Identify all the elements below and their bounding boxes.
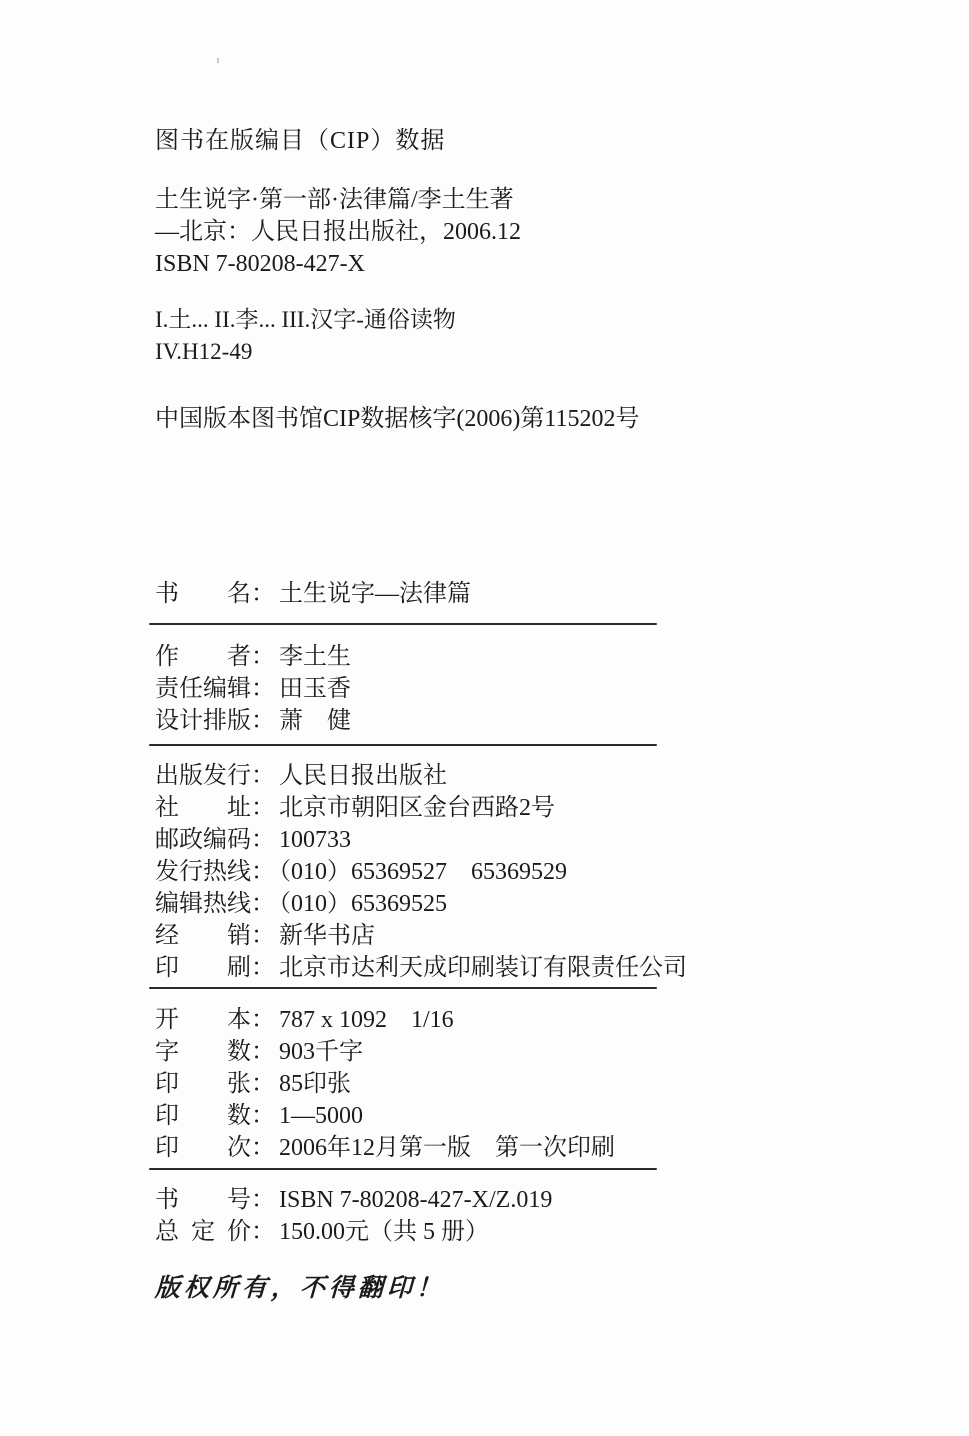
colophon-row: 邮政编码：100733 xyxy=(155,824,687,856)
colophon-row: 设计排版：萧 健 xyxy=(155,705,351,737)
field-value: 85印张 xyxy=(279,1071,351,1097)
cip-entry-block: 土生说字·第一部·法律篇/李土生著 —北京：人民日报出版社，2006.12 IS… xyxy=(155,184,521,280)
field-label: 责任编辑 xyxy=(155,673,251,705)
field-label: 编辑热线 xyxy=(155,888,251,920)
field-value: （010）65369527 65369529 xyxy=(279,859,567,885)
cip-classification-block: I.土... II.李... III.汉字-通俗读物 IV.H12-49 xyxy=(155,304,456,368)
cip-entry-line-title: 土生说字·第一部·法律篇/李土生著 xyxy=(155,184,521,216)
field-value: 903千字 xyxy=(279,1039,363,1065)
colophon-section-title: 书名：土生说字—法律篇 xyxy=(155,578,471,610)
colophon-row: 出版发行：人民日报出版社 xyxy=(155,760,687,792)
colon-separator: ： xyxy=(251,827,275,853)
colophon-row: 印次：2006年12月第一版 第一次印刷 xyxy=(155,1132,615,1164)
field-value: 萧 健 xyxy=(279,708,351,734)
field-value: 北京市达利天成印刷装订有限责任公司 xyxy=(279,955,687,981)
field-value: 2006年12月第一版 第一次印刷 xyxy=(279,1135,615,1161)
field-value: 1—5000 xyxy=(279,1103,363,1129)
colophon-section-credits: 作者：李土生 责任编辑：田玉香 设计排版：萧 健 xyxy=(155,641,351,737)
field-label: 书名 xyxy=(155,578,251,610)
colophon-row: 编辑热线：（010）65369525 xyxy=(155,888,687,920)
field-label: 出版发行 xyxy=(155,760,251,792)
field-label: 总定价 xyxy=(155,1216,251,1248)
field-label: 作者 xyxy=(155,641,251,673)
colophon-row: 印数：1—5000 xyxy=(155,1100,615,1132)
horizontal-rule xyxy=(149,987,657,989)
field-label: 印张 xyxy=(155,1068,251,1100)
field-value: 人民日报出版社 xyxy=(279,763,447,789)
field-label: 开本 xyxy=(155,1004,251,1036)
colon-separator: ： xyxy=(251,1103,275,1129)
colophon-row: 书名：土生说字—法律篇 xyxy=(155,578,471,610)
cip-entry-line-isbn: ISBN 7-80208-427-X xyxy=(155,248,521,280)
field-value: 北京市朝阳区金台西路2号 xyxy=(279,795,555,821)
field-label: 字数 xyxy=(155,1036,251,1068)
horizontal-rule xyxy=(149,623,657,625)
colon-separator: ： xyxy=(251,1219,275,1245)
field-label: 社址 xyxy=(155,792,251,824)
colon-separator: ： xyxy=(251,644,275,670)
book-copyright-page: 图书在版编目（CIP）数据 土生说字·第一部·法律篇/李土生著 —北京：人民日报… xyxy=(0,0,969,1436)
field-value: 土生说字—法律篇 xyxy=(279,581,471,607)
colophon-row: 印刷：北京市达利天成印刷装订有限责任公司 xyxy=(155,952,687,984)
colon-separator: ： xyxy=(251,1071,275,1097)
colophon-row: 印张：85印张 xyxy=(155,1068,615,1100)
colon-separator: ： xyxy=(251,1039,275,1065)
colophon-row: 字数：903千字 xyxy=(155,1036,615,1068)
field-label: 邮政编码 xyxy=(155,824,251,856)
cip-record-number: 中国版本图书馆CIP数据核字(2006)第115202号 xyxy=(155,398,639,433)
colon-separator: ： xyxy=(251,1187,275,1213)
cip-data-header: 图书在版编目（CIP）数据 xyxy=(155,120,445,155)
colon-separator: ： xyxy=(251,891,275,917)
field-label: 印刷 xyxy=(155,952,251,984)
field-label: 经销 xyxy=(155,920,251,952)
colon-separator: ： xyxy=(251,763,275,789)
copyright-notice: 版权所有，不得翻印！ xyxy=(154,1268,445,1304)
field-value: 田玉香 xyxy=(279,676,351,702)
colon-separator: ： xyxy=(251,708,275,734)
field-label: 发行热线 xyxy=(155,856,251,888)
colophon-section-printing: 开本：787 x 1092 1/16 字数：903千字 印张：85印张 印数：1… xyxy=(155,1004,615,1164)
classification-line: I.土... II.李... III.汉字-通俗读物 xyxy=(155,304,456,336)
colon-separator: ： xyxy=(251,581,275,607)
field-value: （010）65369525 xyxy=(279,891,447,917)
colon-separator: ： xyxy=(251,955,275,981)
colophon-row: 经销：新华书店 xyxy=(155,920,687,952)
scan-artifact-speck xyxy=(217,58,219,63)
field-value: 787 x 1092 1/16 xyxy=(279,1007,454,1033)
field-value: 李土生 xyxy=(279,644,351,670)
classification-line: IV.H12-49 xyxy=(155,336,456,368)
colophon-row: 作者：李土生 xyxy=(155,641,351,673)
colophon-row: 总定价：150.00元（共 5 册） xyxy=(155,1216,552,1248)
field-label: 书号 xyxy=(155,1184,251,1216)
colophon-row: 书号：ISBN 7-80208-427-X/Z.019 xyxy=(155,1184,552,1216)
colon-separator: ： xyxy=(251,859,275,885)
colon-separator: ： xyxy=(251,1135,275,1161)
field-value: ISBN 7-80208-427-X/Z.019 xyxy=(279,1187,552,1213)
horizontal-rule xyxy=(149,1168,657,1170)
field-value: 150.00元（共 5 册） xyxy=(279,1219,489,1245)
colophon-row: 社址：北京市朝阳区金台西路2号 xyxy=(155,792,687,824)
colon-separator: ： xyxy=(251,676,275,702)
colon-separator: ： xyxy=(251,923,275,949)
colophon-row: 发行热线：（010）65369527 65369529 xyxy=(155,856,687,888)
colon-separator: ： xyxy=(251,795,275,821)
colophon-section-publishing: 出版发行：人民日报出版社 社址：北京市朝阳区金台西路2号 邮政编码：100733… xyxy=(155,760,687,984)
field-value: 新华书店 xyxy=(279,923,375,949)
colophon-row: 开本：787 x 1092 1/16 xyxy=(155,1004,615,1036)
field-label: 设计排版 xyxy=(155,705,251,737)
colophon-section-isbn-price: 书号：ISBN 7-80208-427-X/Z.019 总定价：150.00元（… xyxy=(155,1184,552,1248)
field-value: 100733 xyxy=(279,827,351,853)
colophon-row: 责任编辑：田玉香 xyxy=(155,673,351,705)
cip-entry-line-publisher: —北京：人民日报出版社，2006.12 xyxy=(155,216,521,248)
field-label: 印数 xyxy=(155,1100,251,1132)
horizontal-rule xyxy=(149,744,657,746)
field-label: 印次 xyxy=(155,1132,251,1164)
colon-separator: ： xyxy=(251,1007,275,1033)
